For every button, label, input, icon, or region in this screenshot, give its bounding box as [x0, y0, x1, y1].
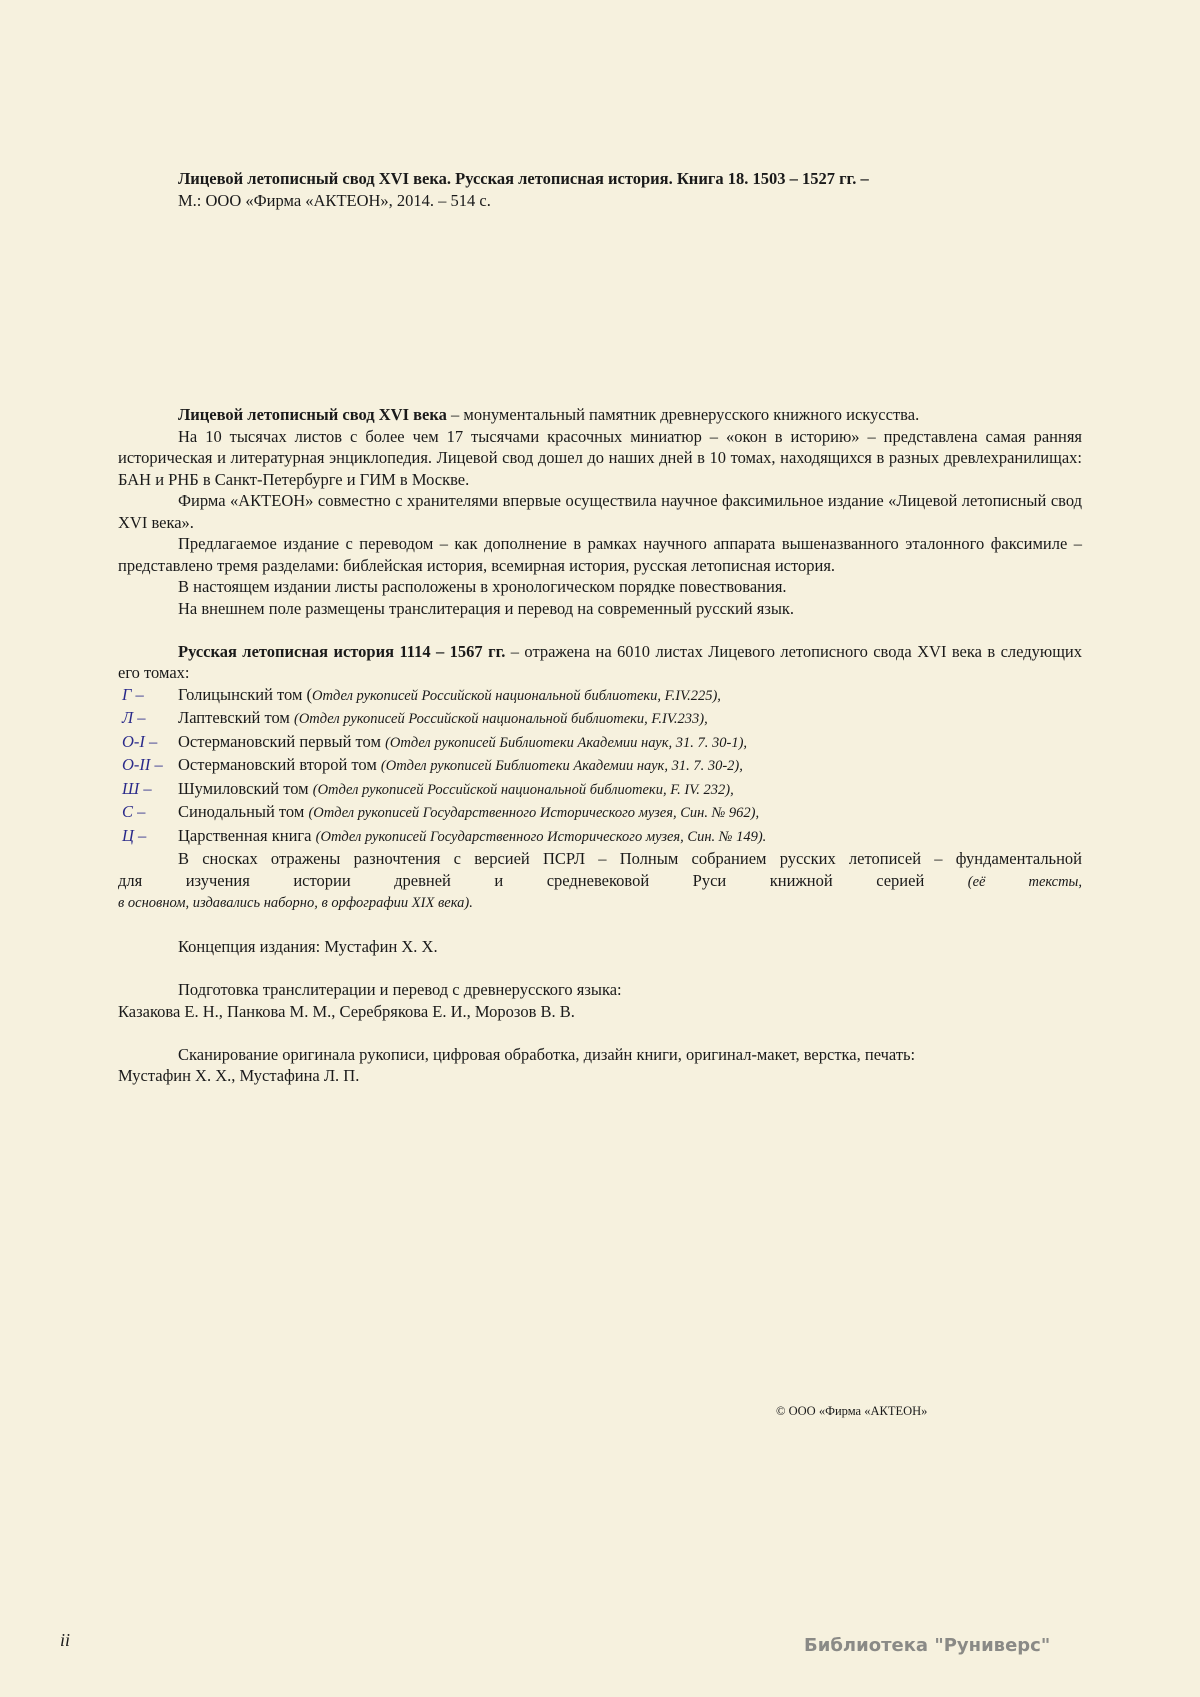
intro-paragraph-3: Фирма «АКТЕОН» совместно с хранителями в… [118, 490, 1082, 533]
document-page: Лицевой летописный свод XVI века. Русска… [0, 0, 1200, 1697]
volume-item: О-I –Остермановский первый том (Отдел ру… [118, 731, 1082, 755]
book-title: Лицевой летописный свод XVI века. Русска… [178, 168, 1078, 190]
main-text: Лицевой летописный свод XVI века – монум… [118, 404, 1082, 1087]
production-credit-label: Сканирование оригинала рукописи, цифрова… [118, 1044, 1082, 1066]
translation-credit-label: Подготовка транслитерации и перевод с др… [118, 979, 1082, 1001]
volume-list: Г –Голицынский том (Отдел рукописей Росс… [118, 684, 1082, 849]
volume-item: Ш –Шумиловский том (Отдел рукописей Росс… [118, 778, 1082, 802]
translation-credit-names: Казакова Е. Н., Панкова М. М., Серебряко… [118, 1001, 1082, 1023]
imprint: М.: ООО «Фирма «АКТЕОН», 2014. – 514 с. [178, 190, 1078, 212]
concept-credit: Концепция издания: Мустафин Х. Х. [118, 936, 1082, 958]
page-number: ii [60, 1630, 70, 1651]
intro-paragraph-1: Лицевой летописный свод XVI века – монум… [118, 404, 1082, 426]
intro-paragraph-5: В настоящем издании листы расположены в … [118, 576, 1082, 598]
volume-item: Ц –Царственная книга (Отдел рукописей Го… [118, 825, 1082, 849]
volume-item: Л –Лаптевский том (Отдел рукописей Росси… [118, 707, 1082, 731]
volume-item: О-II –Остермановский второй том (Отдел р… [118, 754, 1082, 778]
footnote-paragraph: В сносках отражены разночтения с версией… [118, 848, 1082, 915]
volume-item: С –Синодальный том (Отдел рукописей Госу… [118, 801, 1082, 825]
intro-paragraph-2: На 10 тысячах листов с более чем 17 тыся… [118, 426, 1082, 491]
volume-siglum: С – [118, 801, 178, 825]
volume-item: Г –Голицынский том (Отдел рукописей Росс… [118, 684, 1082, 708]
volume-siglum: О-I – [118, 731, 178, 755]
volume-siglum: О-II – [118, 754, 178, 778]
volume-siglum: Л – [118, 707, 178, 731]
copyright-notice: © ООО «Фирма «АКТЕОН» [776, 1404, 927, 1419]
production-credit-names: Мустафин Х. Х., Мустафина Л. П. [118, 1065, 1082, 1087]
bibliographic-header: Лицевой летописный свод XVI века. Русска… [178, 168, 1078, 212]
intro-paragraph-6: На внешнем поле размещены транслитерация… [118, 598, 1082, 620]
intro-title: Лицевой летописный свод XVI века [178, 405, 447, 424]
russian-history-heading: Русская летописная история 1114 – 1567 г… [118, 641, 1082, 684]
volume-siglum: Ц – [118, 825, 178, 849]
intro-paragraph-4: Предлагаемое издание с переводом – как д… [118, 533, 1082, 576]
library-watermark: Библиотека "Руниверс" [804, 1635, 1050, 1656]
credits: Концепция издания: Мустафин Х. Х. Подгот… [118, 936, 1082, 1087]
volume-siglum: Ш – [118, 778, 178, 802]
volume-siglum: Г – [118, 684, 178, 708]
